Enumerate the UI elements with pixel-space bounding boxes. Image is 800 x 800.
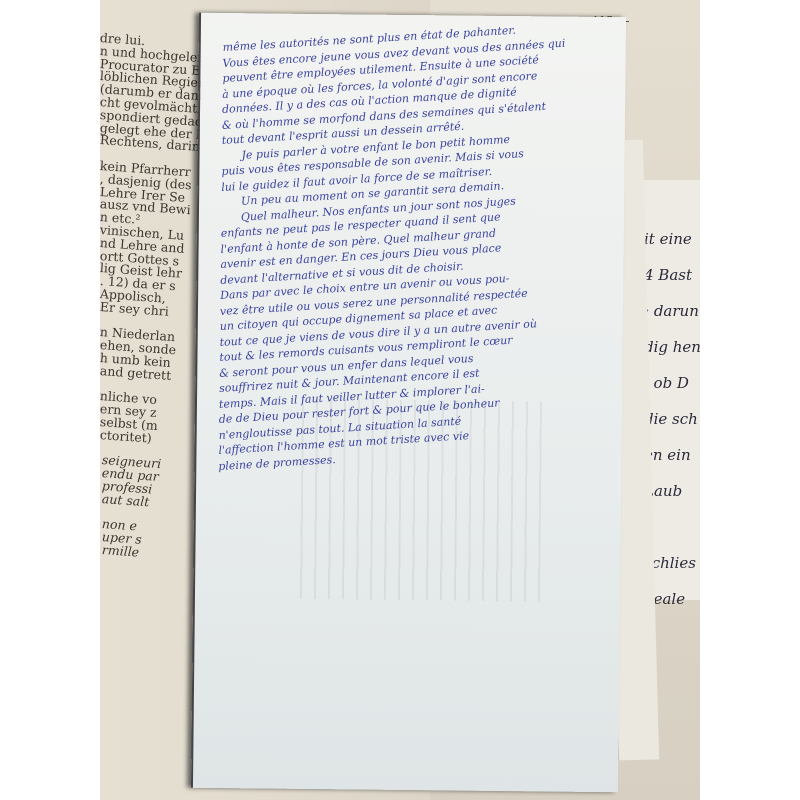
- handwritten-letter-sheet: même les autorités ne sont plus en état …: [191, 13, 626, 792]
- german-handwriting-line: ; darun: [644, 302, 699, 320]
- book-text-line: ctoritet): [100, 427, 152, 446]
- book-text-line: aut salt: [101, 491, 149, 509]
- german-handwriting-line: dig hen: [644, 338, 700, 356]
- book-text-line: rmille: [101, 542, 139, 560]
- german-handwriting-line: it eine: [644, 230, 692, 248]
- german-handwriting-line: 4 Bast: [644, 266, 692, 284]
- german-handwriting-line: die sch: [644, 410, 698, 428]
- german-handwriting-line: , ob D: [644, 374, 689, 392]
- photo-scene: dre lui.n und hochgelerProcurator zu Ens…: [100, 0, 700, 800]
